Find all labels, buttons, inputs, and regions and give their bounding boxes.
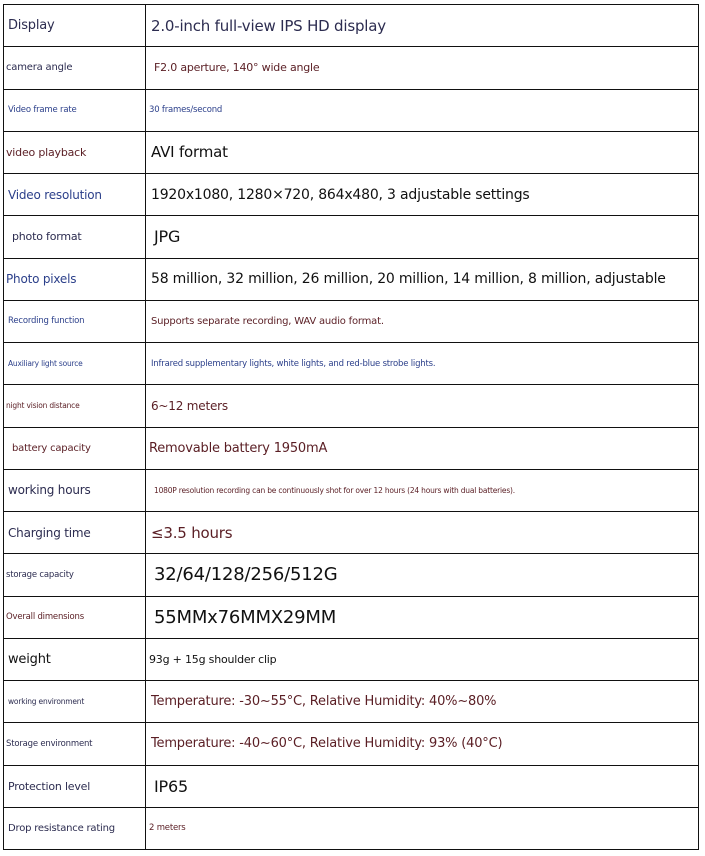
spec-label-auxiliary-light-source: Auxiliary light source (4, 343, 146, 385)
spec-value-charging-time: ≤3.5 hours (146, 512, 699, 554)
table-row: Charging time ≤3.5 hours (4, 512, 699, 554)
spec-value-photo-pixels: 58 million, 32 million, 26 million, 20 m… (146, 258, 699, 300)
spec-label-working-hours: working hours (4, 469, 146, 511)
table-row: Video resolution 1920x1080, 1280×720, 86… (4, 174, 699, 216)
table-row: working hours 1080P resolution recording… (4, 469, 699, 511)
spec-label-weight: weight (4, 638, 146, 680)
table-row: working environment Temperature: -30~55°… (4, 681, 699, 723)
spec-value-storage-capacity: 32/64/128/256/512G (146, 554, 699, 596)
spec-value-auxiliary-light-source: Infrared supplementary lights, white lig… (146, 343, 699, 385)
spec-value-drop-resistance-rating: 2 meters (146, 807, 699, 849)
spec-label-storage-environment: Storage environment (4, 723, 146, 765)
spec-value-weight: 93g + 15g shoulder clip (146, 638, 699, 680)
table-row: Video frame rate 30 frames/second (4, 89, 699, 131)
table-row: weight 93g + 15g shoulder clip (4, 638, 699, 680)
spec-label-video-frame-rate: Video frame rate (4, 89, 146, 131)
spec-table: Display 2.0-inch full-view IPS HD displa… (3, 4, 699, 850)
spec-label-recording-function: Recording function (4, 300, 146, 342)
spec-value-storage-environment: Temperature: -40~60°C, Relative Humidity… (146, 723, 699, 765)
spec-value-display: 2.0-inch full-view IPS HD display (146, 5, 699, 47)
table-row: Overall dimensions 55MMx76MMX29MM (4, 596, 699, 638)
table-row: video playback AVI format (4, 131, 699, 173)
spec-value-video-playback: AVI format (146, 131, 699, 173)
table-row: Auxiliary light source Infrared suppleme… (4, 343, 699, 385)
table-row: Photo pixels 58 million, 32 million, 26 … (4, 258, 699, 300)
spec-label-display: Display (4, 5, 146, 47)
spec-value-camera-angle: F2.0 aperture, 140° wide angle (146, 47, 699, 89)
spec-label-video-resolution: Video resolution (4, 174, 146, 216)
table-row: camera angle F2.0 aperture, 140° wide an… (4, 47, 699, 89)
spec-label-charging-time: Charging time (4, 512, 146, 554)
spec-label-storage-capacity: storage capacity (4, 554, 146, 596)
table-row: battery capacity Removable battery 1950m… (4, 427, 699, 469)
table-row: Protection level IP65 (4, 765, 699, 807)
spec-value-overall-dimensions: 55MMx76MMX29MM (146, 596, 699, 638)
spec-label-photo-pixels: Photo pixels (4, 258, 146, 300)
table-row: Recording function Supports separate rec… (4, 300, 699, 342)
spec-label-protection-level: Protection level (4, 765, 146, 807)
spec-label-battery-capacity: battery capacity (4, 427, 146, 469)
spec-label-drop-resistance-rating: Drop resistance rating (4, 807, 146, 849)
table-row: Storage environment Temperature: -40~60°… (4, 723, 699, 765)
spec-label-working-environment: working environment (4, 681, 146, 723)
spec-label-photo-format: photo format (4, 216, 146, 258)
spec-label-night-vision-distance: night vision distance (4, 385, 146, 427)
table-row: Drop resistance rating 2 meters (4, 807, 699, 849)
spec-value-night-vision-distance: 6~12 meters (146, 385, 699, 427)
table-row: storage capacity 32/64/128/256/512G (4, 554, 699, 596)
spec-value-protection-level: IP65 (146, 765, 699, 807)
spec-value-video-resolution: 1920x1080, 1280×720, 864x480, 3 adjustab… (146, 174, 699, 216)
spec-label-video-playback: video playback (4, 131, 146, 173)
spec-value-working-hours: 1080P resolution recording can be contin… (146, 469, 699, 511)
table-row: Display 2.0-inch full-view IPS HD displa… (4, 5, 699, 47)
spec-value-working-environment: Temperature: -30~55°C, Relative Humidity… (146, 681, 699, 723)
table-row: photo format JPG (4, 216, 699, 258)
spec-value-video-frame-rate: 30 frames/second (146, 89, 699, 131)
spec-label-camera-angle: camera angle (4, 47, 146, 89)
table-row: night vision distance 6~12 meters (4, 385, 699, 427)
spec-value-recording-function: Supports separate recording, WAV audio f… (146, 300, 699, 342)
spec-label-overall-dimensions: Overall dimensions (4, 596, 146, 638)
spec-value-battery-capacity: Removable battery 1950mA (146, 427, 699, 469)
spec-value-photo-format: JPG (146, 216, 699, 258)
